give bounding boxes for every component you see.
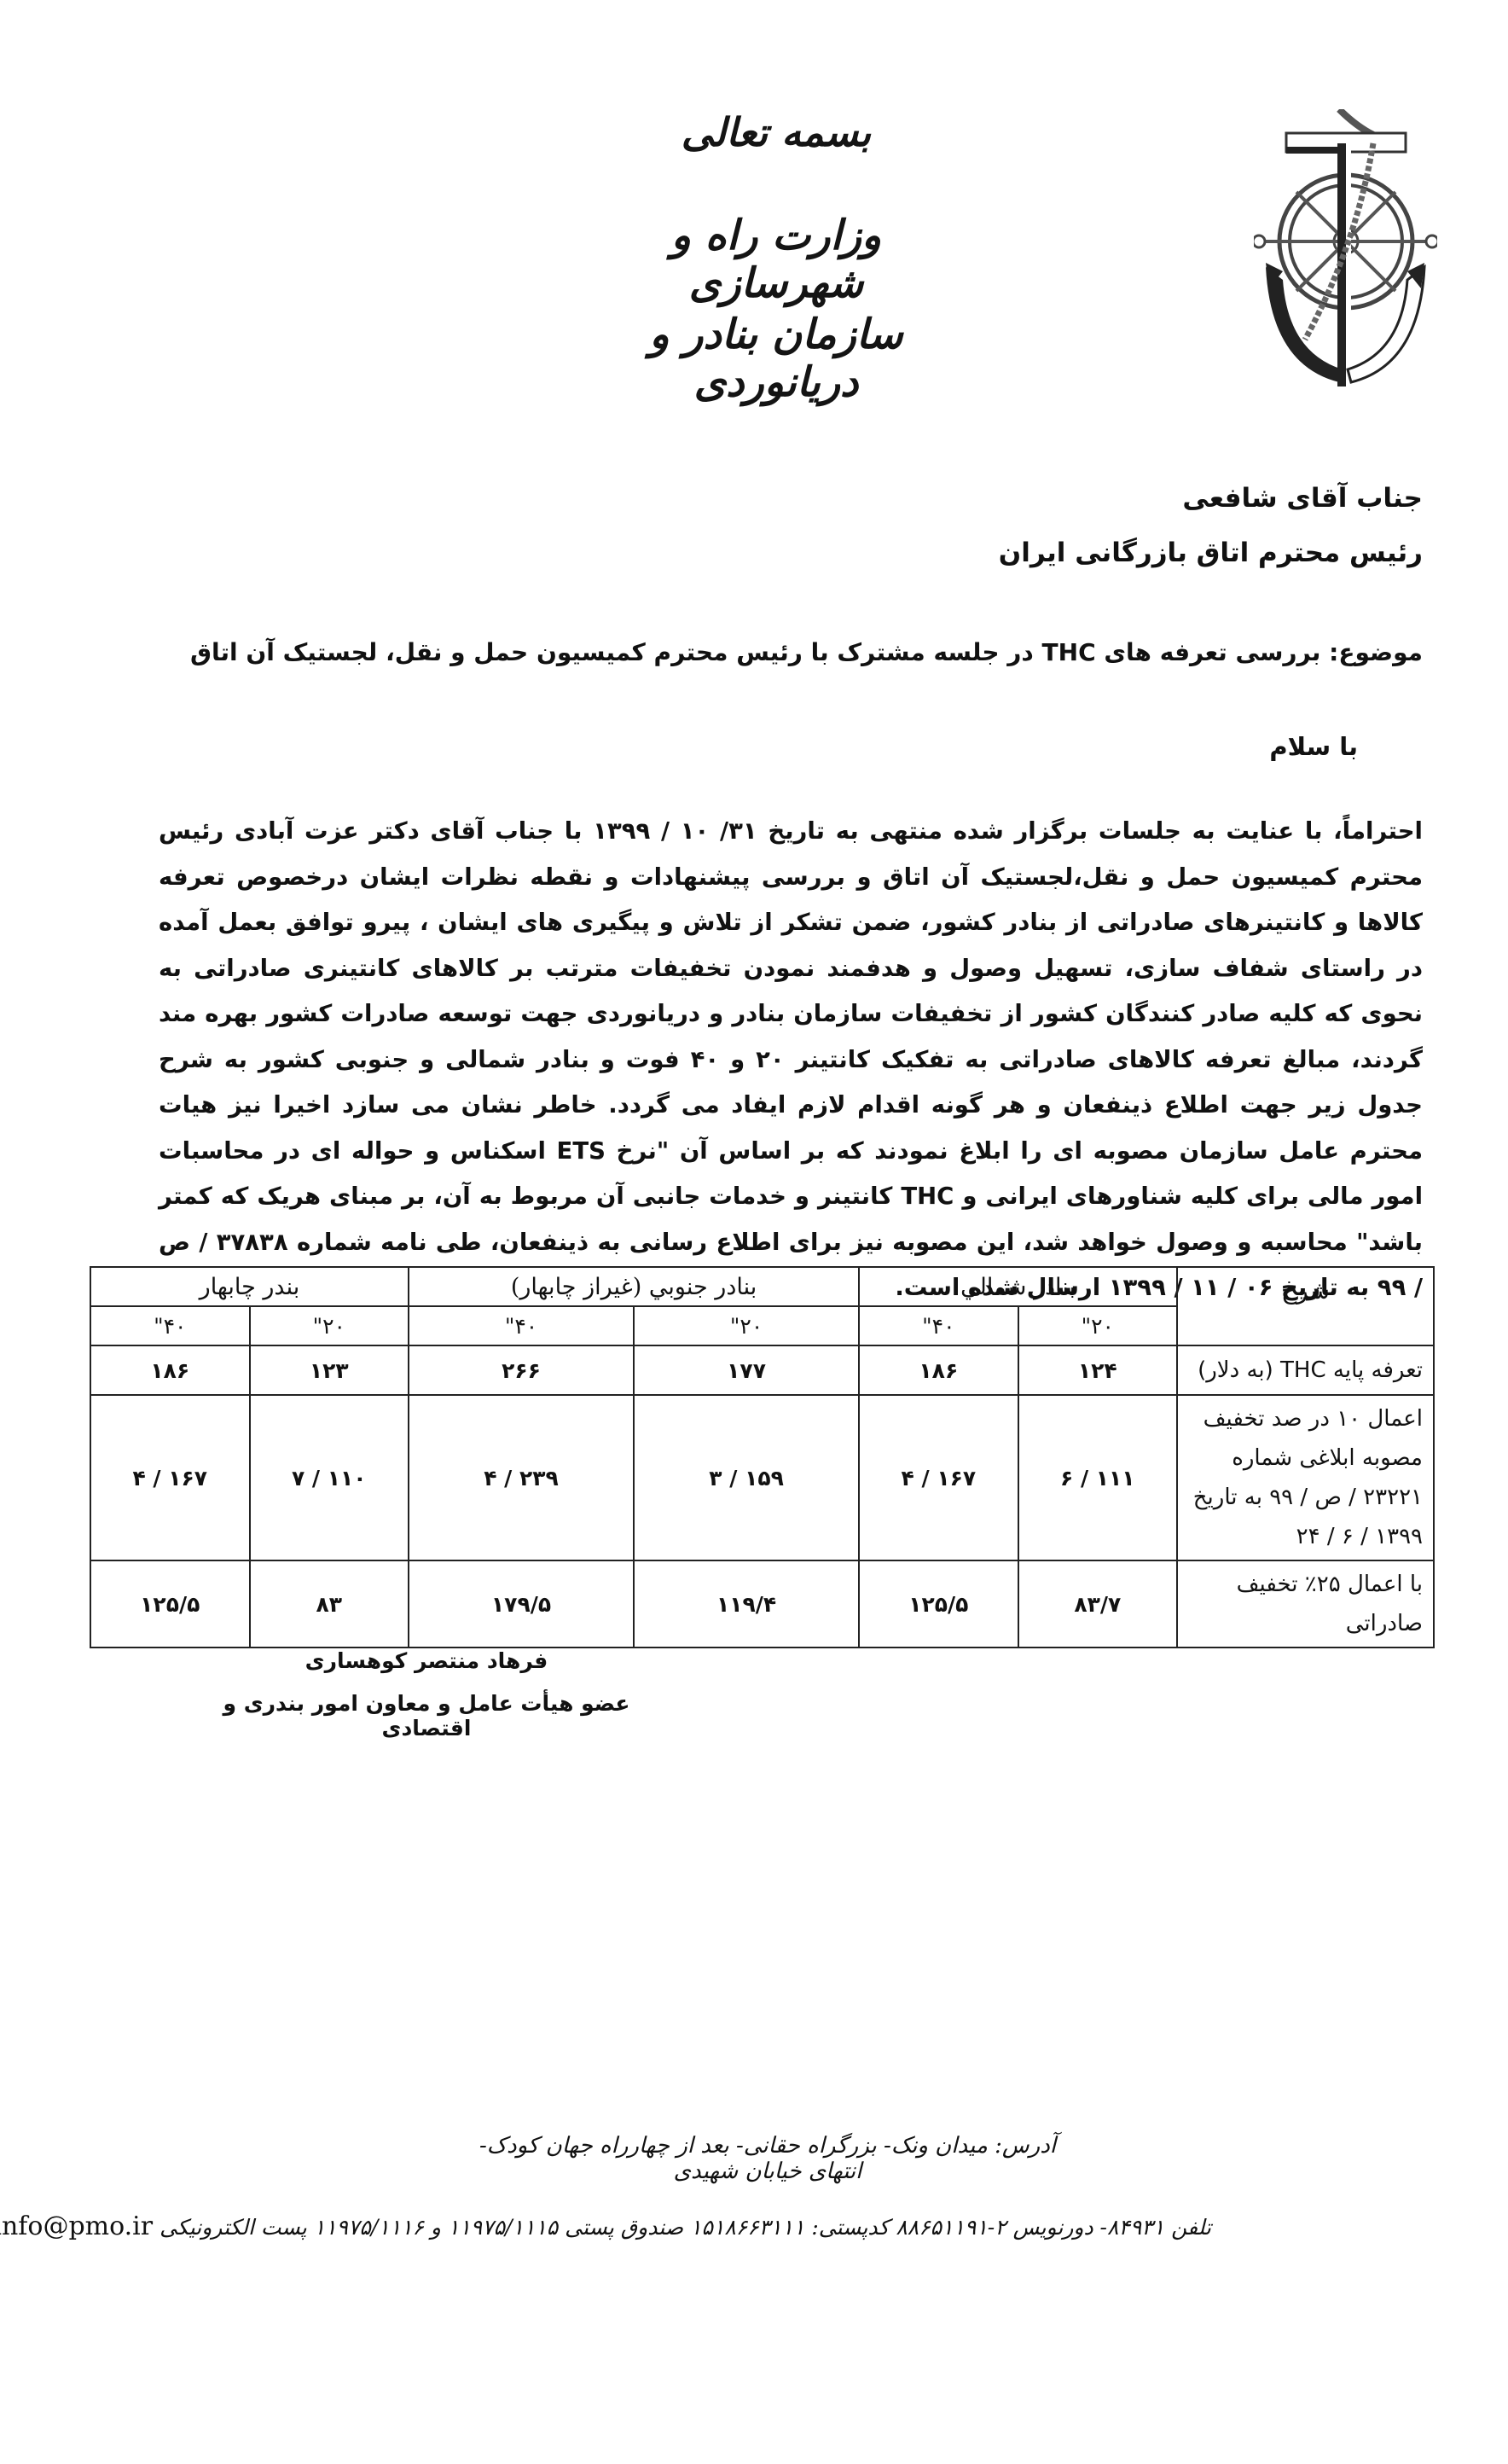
- table-cell: ۱۶۷ / ۴: [859, 1395, 1018, 1560]
- group-header-southern-ports: بنادر جنوبي (غيراز چابهار): [409, 1267, 859, 1306]
- invocation-heading: بسمه تعالی: [597, 109, 955, 155]
- table-cell: ۲۶۶: [409, 1345, 634, 1395]
- organization-heading: سازمان بنادر و دریانوردی: [597, 311, 955, 406]
- footer-contact: تلفن ۸۴۹۳۱- دورنویس ۲-۸۸۶۵۱۱۹۱ کدپستی: ۱…: [324, 2211, 1211, 2241]
- table-header-row: شرح بنادر شمالي بنادر جنوبي (غيراز چابها…: [90, 1267, 1434, 1306]
- size-header: ۴۰": [90, 1306, 250, 1345]
- table-cell: ۱۸۶: [90, 1345, 250, 1395]
- footer-contact-details: تلفن ۸۴۹۳۱- دورنویس ۲-۸۸۶۵۱۱۹۱ کدپستی: ۱…: [159, 2215, 1211, 2240]
- size-header: ۲۰": [1018, 1306, 1177, 1345]
- signatory-title: عضو هیأت عامل و معاون امور بندری و اقتصا…: [213, 1691, 640, 1740]
- size-header: ۲۰": [634, 1306, 859, 1345]
- table-cell: ۱۱۱ / ۶: [1018, 1395, 1177, 1560]
- table-cell: ۱۲۵/۵: [90, 1560, 250, 1648]
- table-cell: ۱۵۹ / ۳: [634, 1395, 859, 1560]
- table-cell: ۱۶۷ / ۴: [90, 1395, 250, 1560]
- ministry-heading: وزارت راه و شهرسازی: [597, 212, 955, 307]
- greeting: با سلام: [1269, 732, 1358, 761]
- row-description: با اعمال ۲۵٪ تخفیف صادراتی: [1177, 1560, 1434, 1648]
- addressee-title: رئیس محترم اتاق بازرگانی ایران: [999, 538, 1423, 568]
- table-row: تعرفه پایه THC (به دلار) ۱۲۴ ۱۸۶ ۱۷۷ ۲۶۶…: [90, 1345, 1434, 1395]
- row-description: تعرفه پایه THC (به دلار): [1177, 1345, 1434, 1395]
- size-header: ۴۰": [859, 1306, 1018, 1345]
- table-row: با اعمال ۲۵٪ تخفیف صادراتی ۸۳/۷ ۱۲۵/۵ ۱۱…: [90, 1560, 1434, 1648]
- table-cell: ۸۳/۷: [1018, 1560, 1177, 1648]
- footer-address: آدرس: میدان ونک- بزرگراه حقانی- بعد از چ…: [469, 2133, 1066, 2184]
- table-cell: ۱۱۰ / ۷: [250, 1395, 409, 1560]
- table-cell: ۱۲۴: [1018, 1345, 1177, 1395]
- table-row: اعمال ۱۰ در صد تخفیف مصوبه ابلاغی شماره …: [90, 1395, 1434, 1560]
- table-cell: ۱۷۷: [634, 1345, 859, 1395]
- table-cell: ۱۲۳: [250, 1345, 409, 1395]
- size-header: ۴۰": [409, 1306, 634, 1345]
- table-cell: ۲۳۹ / ۴: [409, 1395, 634, 1560]
- letter-body: احتراماً، با عنایت به جلسات برگزار شده م…: [159, 809, 1423, 1311]
- table-cell: ۱۱۹/۴: [634, 1560, 859, 1648]
- table-cell: ۸۳: [250, 1560, 409, 1648]
- table-cell: ۱۷۹/۵: [409, 1560, 634, 1648]
- anchor-ship-wheel-logo-icon: [1254, 109, 1437, 391]
- letter-subject: موضوع: بررسی تعرفه های THC در جلسه مشترک…: [190, 638, 1423, 666]
- group-header-northern-ports: بنادر شمالي: [859, 1267, 1177, 1306]
- size-header: ۲۰": [250, 1306, 409, 1345]
- row-description: اعمال ۱۰ در صد تخفیف مصوبه ابلاغی شماره …: [1177, 1395, 1434, 1560]
- footer-email-link[interactable]: info@pmo.ir: [0, 2211, 153, 2241]
- description-column-header: شرح: [1177, 1267, 1434, 1345]
- signatory-name: فرهاد منتصر کوهساری: [213, 1648, 640, 1673]
- table-cell: ۱۸۶: [859, 1345, 1018, 1395]
- group-header-chabahar-port: بندر چابهار: [90, 1267, 409, 1306]
- thc-tariff-table: شرح بنادر شمالي بنادر جنوبي (غيراز چابها…: [90, 1266, 1435, 1648]
- addressee-name: جناب آقای شافعی: [1182, 483, 1423, 514]
- table-cell: ۱۲۵/۵: [859, 1560, 1018, 1648]
